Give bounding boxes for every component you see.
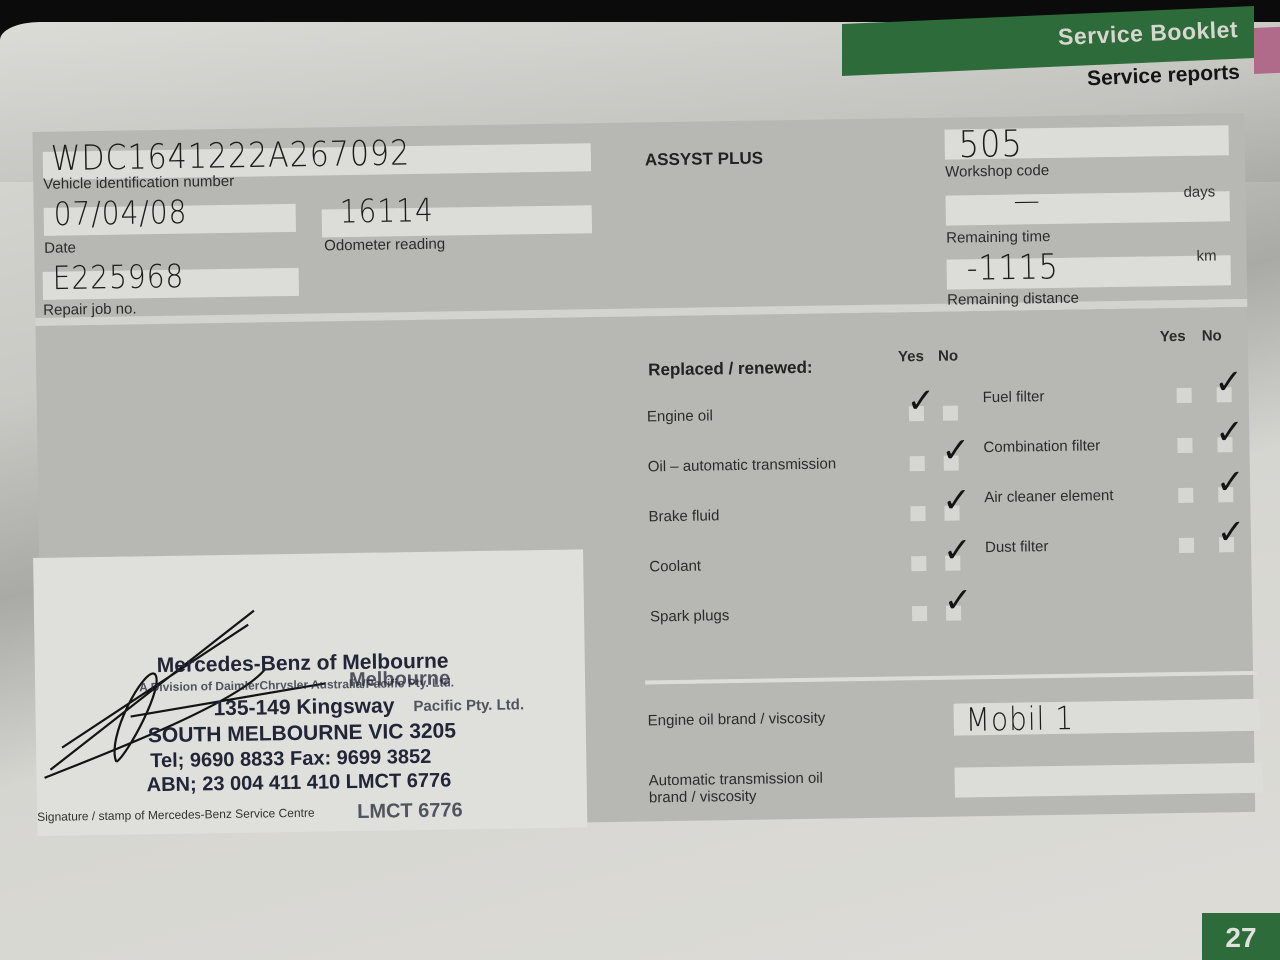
atf-brand-field[interactable] — [955, 763, 1263, 798]
stamp-line-4: SOUTH MELBOURNE VIC 3205 — [148, 719, 456, 748]
checkmark-icon: ✓ — [943, 533, 972, 567]
atf-brand-label-line2: brand / viscosity — [649, 788, 757, 807]
stamp-line-3: 135-149 Kingsway — [213, 694, 394, 721]
checkbox-yes[interactable] — [910, 456, 925, 471]
repair-job-label: Repair job no. — [43, 300, 137, 318]
page-number: 27 — [1202, 913, 1280, 960]
stamp-line-5: Tel; 9690 8833 Fax: 9699 3852 — [150, 746, 431, 773]
checkbox-yes[interactable] — [911, 556, 926, 571]
checkbox-no[interactable] — [943, 405, 958, 420]
assyst-plus-title: ASSYST PLUS — [645, 149, 763, 171]
checkmark-icon: ✓ — [942, 483, 971, 517]
checkmark-icon: ✓ — [944, 583, 973, 617]
checkmark-icon: ✓ — [1216, 465, 1245, 499]
checkbox-yes[interactable] — [1178, 488, 1193, 503]
checkmark-icon: ✓ — [1217, 515, 1246, 549]
checklist-item-label: Brake fluid — [648, 507, 719, 525]
checklist-item-label: Air cleaner element — [984, 487, 1113, 506]
checkmark-icon: ✓ — [906, 384, 935, 418]
date-label: Date — [44, 239, 76, 256]
repair-job-value: E225968 — [52, 257, 184, 297]
checklist-item-label: Fuel filter — [983, 388, 1045, 406]
stamp-overprint-2: Pacific Pty. Ltd. — [413, 696, 524, 715]
checklist-item-label: Engine oil — [647, 407, 713, 425]
odometer-label: Odometer reading — [324, 236, 445, 255]
stamp-overprint-4: LMCT 6776 — [357, 799, 463, 824]
checklist-item-label: Combination filter — [983, 437, 1100, 456]
checkbox-yes[interactable] — [1177, 438, 1192, 453]
remaining-distance-value: -1115 — [966, 247, 1059, 289]
checkmark-icon: ✓ — [941, 433, 970, 467]
remaining-distance-unit: km — [1196, 247, 1216, 264]
workshop-code-label: Workshop code — [945, 162, 1049, 181]
header-pink-tab — [1254, 27, 1280, 74]
checkmark-icon: ✓ — [1215, 415, 1244, 449]
odometer-value: 16114 — [339, 191, 434, 230]
checklist-item-label: Spark plugs — [650, 607, 729, 625]
checklist-item-label: Oil – automatic transmission — [648, 455, 837, 475]
left-yes-header: Yes — [898, 348, 924, 365]
date-value: 07/04/08 — [53, 193, 187, 233]
checkbox-yes[interactable] — [910, 506, 925, 521]
checkbox-yes[interactable] — [912, 606, 927, 621]
atf-brand-label-line1: Automatic transmission oil — [649, 770, 823, 790]
right-no-header: No — [1202, 327, 1222, 344]
checkmark-icon: ✓ — [1214, 365, 1243, 399]
stamp-overprint-1: Melbourne — [349, 668, 450, 693]
left-no-header: No — [938, 347, 958, 364]
checklist-item-label: Dust filter — [985, 538, 1049, 556]
engine-oil-brand-value: Mobil 1 — [965, 699, 1074, 739]
workshop-code-value: 505 — [958, 122, 1023, 167]
checkbox-yes[interactable] — [1177, 388, 1192, 403]
replaced-heading: Replaced / renewed: — [648, 358, 813, 381]
vin-label: Vehicle identification number — [43, 173, 234, 193]
right-yes-header: Yes — [1160, 328, 1186, 345]
engine-oil-brand-label: Engine oil brand / viscosity — [648, 710, 826, 730]
service-report-form: WDC1641222A267092 Vehicle identification… — [32, 87, 1255, 846]
remaining-time-unit: days — [1183, 183, 1215, 200]
remaining-time-value: — — [1013, 184, 1041, 219]
remaining-distance-label: Remaining distance — [947, 290, 1079, 309]
signature-stamp-box[interactable]: Mercedes-Benz of Melbourne A Division of… — [33, 549, 587, 836]
remaining-time-label: Remaining time — [946, 228, 1050, 247]
checklist-item-label: Coolant — [649, 558, 701, 576]
checkbox-yes[interactable] — [1179, 538, 1194, 553]
stamp-line-6: ABN; 23 004 411 410 LMCT 6776 — [147, 769, 452, 797]
